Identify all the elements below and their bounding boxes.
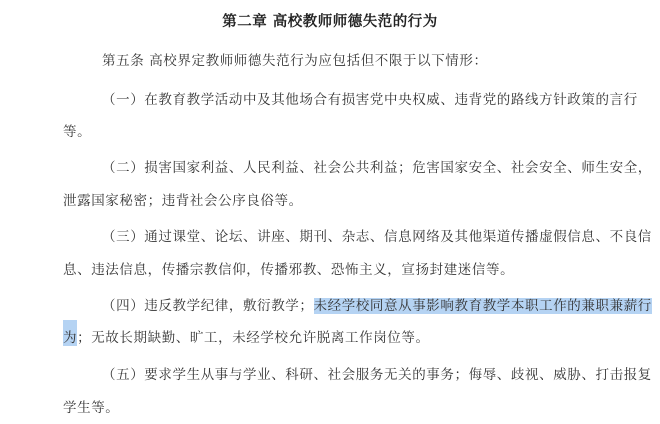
item-4-line-2: 为；无故长期缺勤、旷工，未经学校允许脱离工作岗位等。	[63, 326, 430, 346]
item-2-line-2: 泄露国家秘密；违背社会公序良俗等。	[63, 189, 303, 209]
item-4-text-rest: ；无故长期缺勤、旷工，未经学校允许脱离工作岗位等。	[77, 330, 430, 346]
selected-text-end[interactable]: 为	[63, 320, 77, 346]
item-5-line-2: 学生等。	[63, 396, 119, 416]
item-2-line-1: （二）损害国家利益、人民利益、社会公共利益；危害国家安全、社会安全、师生安全，	[102, 156, 652, 176]
item-1-line-1: （一）在教育教学活动中及其他场合有损害党中央权威、违背党的路线方针政策的言行	[102, 88, 638, 108]
item-1-line-2: 等。	[63, 120, 91, 140]
item-5-line-1: （五）要求学生从事与学业、科研、社会服务无关的事务；侮辱、歧视、威胁、打击报复	[102, 363, 652, 383]
item-3-line-2: 息、违法信息，传播宗教信仰，传播邪教、恐怖主义，宣扬封建迷信等。	[63, 258, 514, 278]
article-heading: 第五条 高校界定教师师德失范行为应包括但不限于以下情形：	[102, 49, 488, 69]
selected-text[interactable]: 未经学校同意从事影响教育教学本职工作的兼职兼薪行	[314, 298, 652, 314]
item-4-text: （四）违反教学纪律，敷衍教学；	[102, 298, 314, 314]
item-4-line-1: （四）违反教学纪律，敷衍教学；未经学校同意从事影响教育教学本职工作的兼职兼薪行	[102, 294, 652, 314]
chapter-title: 第二章 高校教师师德失范的行为	[0, 10, 660, 31]
item-3-line-1: （三）通过课堂、论坛、讲座、期刊、杂志、信息网络及其他渠道传播虚假信息、不良信	[102, 225, 652, 245]
